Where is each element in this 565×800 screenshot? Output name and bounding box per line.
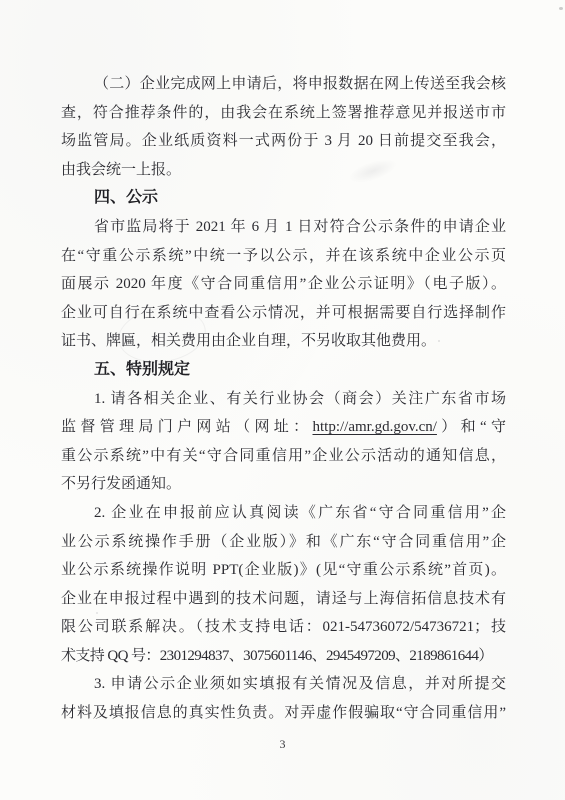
text-line: 面展示 2020 年度《守合同重信用”企业公示证明》（电子版）。 [61, 270, 506, 299]
scan-speck [559, 7, 563, 10]
text-line: 术支持 QQ 号：2301294837、3075601146、294549720… [61, 642, 506, 671]
text-line: 限公司联系解决。（技术支持电话：021-54736072/54736721；技 [61, 613, 506, 642]
text-line: 企业可自行在系统中查看公示情况，并可根据需要自行选择制作 [61, 299, 506, 328]
text-line: 省市监局将于 2021 年 6 月 1 日对符合公示条件的申请企业 [61, 213, 506, 242]
text-line: 监督管理局门户网站（网址：http://amr.gd.gov.cn/）和“守 [61, 413, 506, 442]
text-fragment: ）和“守 [437, 419, 506, 435]
text-line: 不另行发函通知。 [61, 470, 506, 499]
text-line: 企业在申报过程中遇到的技术问题，请迳与上海信拓信息技术有 [61, 585, 506, 614]
page-number: 3 [0, 737, 565, 752]
text-line: 材料及填报信息的真实性负责。对弄虚作假骗取“守合同重信用” [61, 699, 506, 728]
text-line: 重公示系统”中有关“守合同重信用”企业公示活动的通知信息， [61, 442, 506, 471]
text-line: 2. 企业在申报前应认真阅读《广东省“守合同重信用”企 [61, 499, 506, 528]
text-fragment: 监督管理局门户网站（网址： [61, 419, 313, 435]
scanned-document-page: （二）企业完成网上申请后，将申报数据在网上传送至我会核查，符合推荐条件的，由我会… [0, 0, 565, 800]
text-line: 由我会统一上报。 [61, 156, 506, 185]
url-text: http://amr.gd.gov.cn/ [313, 419, 437, 435]
text-line: 在“守重公示系统”中统一予以公示，并在该系统中企业公示页 [61, 242, 506, 271]
text-line: 业公示系统操作说明 PPT(企业版)》(见“守重公示系统”首页)。 [61, 556, 506, 585]
text-line: 1. 请各相关企业、有关行业协会（商会）关注广东省市场 [61, 385, 506, 414]
text-line: 业公示系统操作手册（企业版）》和《广东“守合同重信用”企 [61, 528, 506, 557]
section-heading: 四、公示 [61, 184, 506, 213]
text-line: 查，符合推荐条件的，由我会在系统上签署推荐意见并报送市市 [61, 99, 506, 128]
text-line: （二）企业完成网上申请后，将申报数据在网上传送至我会核 [61, 70, 506, 99]
text-line: 场监管局。企业纸质资料一式两份于 3 月 20 日前提交至我会， [61, 127, 506, 156]
text-line: 3. 申请公示企业须如实填报有关情况及信息，并对所提交 [61, 670, 506, 699]
section-heading: 五、特别规定 [61, 356, 506, 385]
document-text: （二）企业完成网上申请后，将申报数据在网上传送至我会核查，符合推荐条件的，由我会… [61, 70, 506, 728]
text-line: 证书、牌匾，相关费用由企业自理，不另收取其他费用。 [61, 327, 506, 356]
